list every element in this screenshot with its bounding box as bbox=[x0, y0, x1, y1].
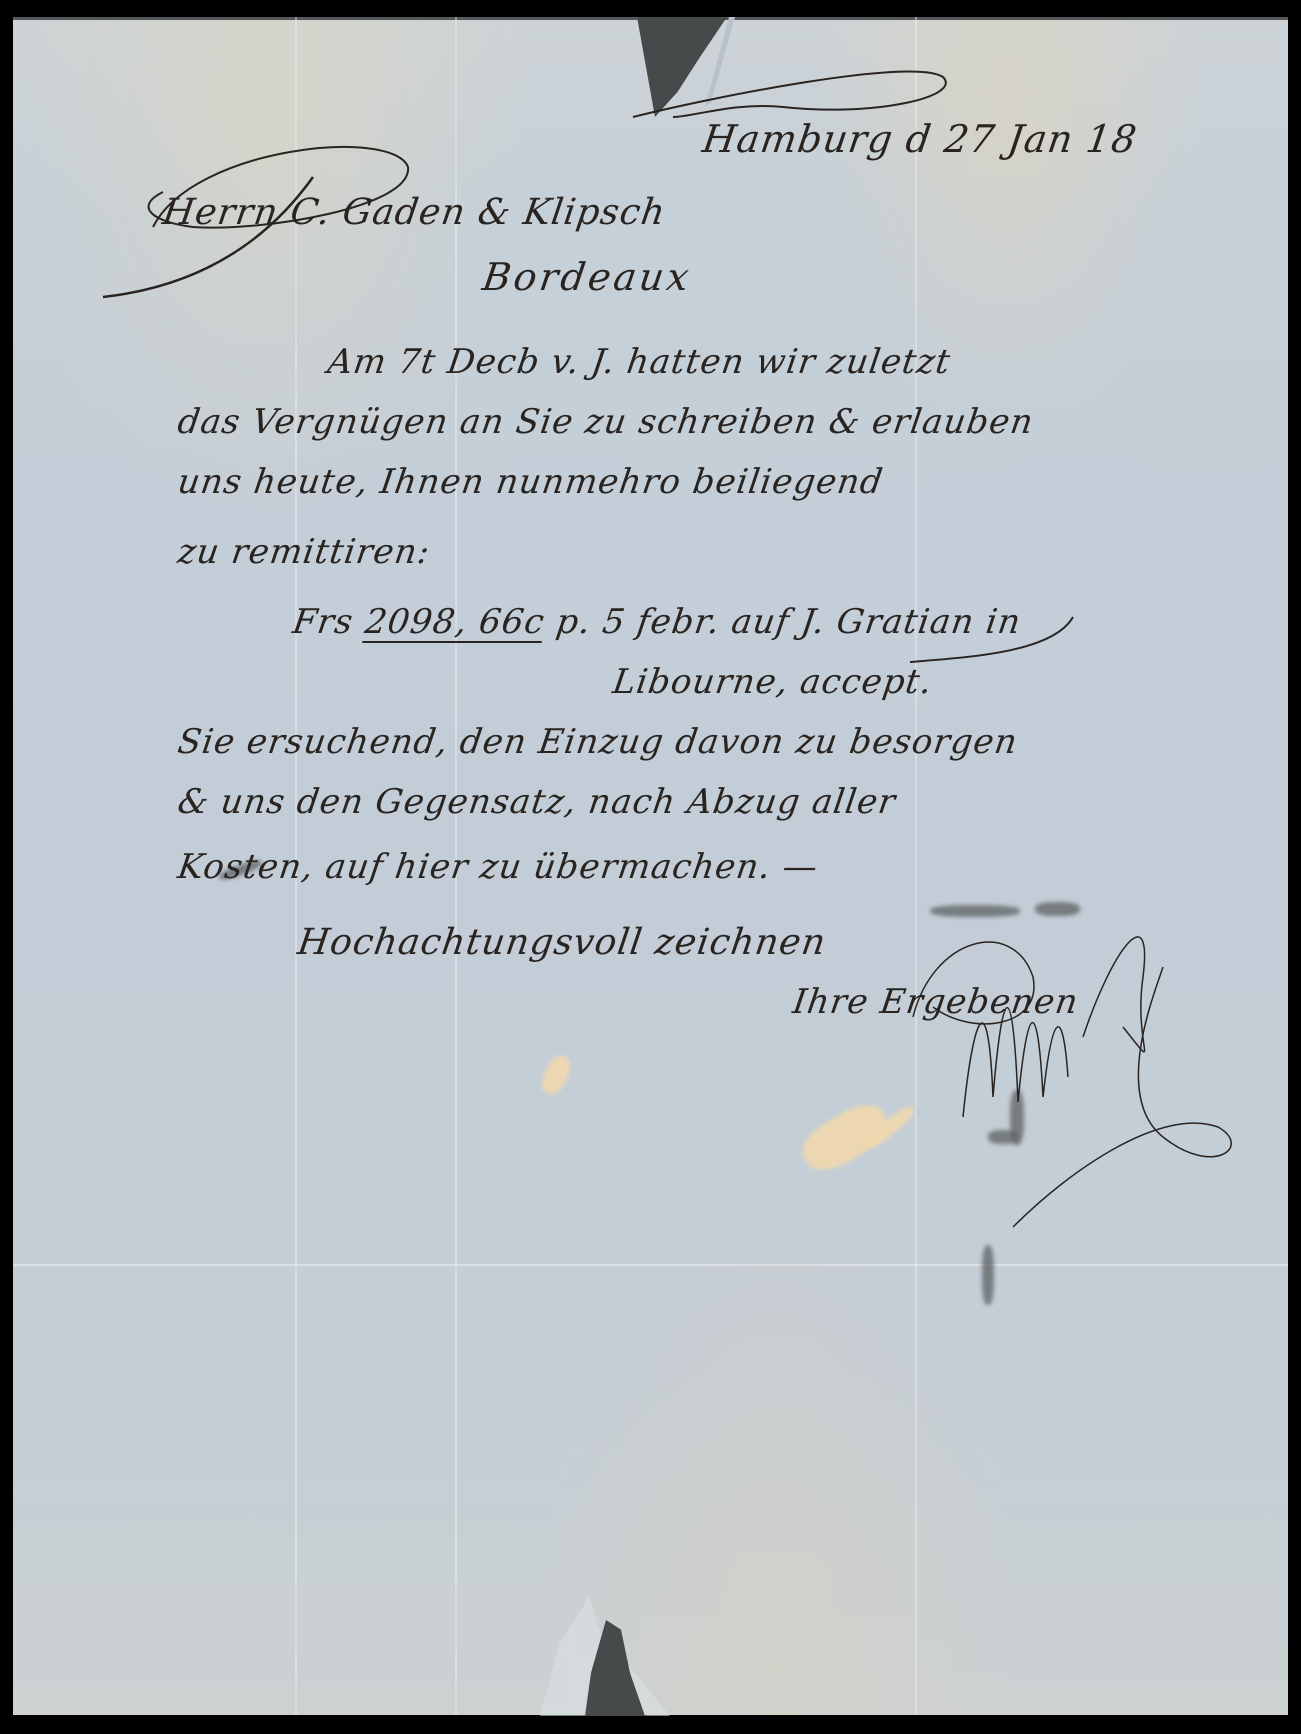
complimentary-close: Hochachtungsvoll zeichnen bbox=[295, 922, 829, 963]
body-line-4: zu remittiren: bbox=[175, 532, 433, 572]
dateline: Hamburg d 27 Jan 18 bbox=[700, 117, 1140, 161]
remittance-line-1: Frs 2098, 66c p. 5 febr. auf J. Gratian … bbox=[290, 602, 1024, 642]
remittance-details: p. 5 febr. auf J. Gratian in bbox=[554, 602, 1024, 642]
body-line-2: das Vergnügen an Sie zu schreiben & erla… bbox=[175, 402, 1036, 442]
salutation: Herrn C. Gaden & Klipsch bbox=[160, 192, 668, 233]
letter-text-area: Hamburg d 27 Jan 18 Herrn C. Gaden & Kli… bbox=[13, 17, 1288, 1715]
closing-line-1: Sie ersuchend, den Einzug davon zu besor… bbox=[175, 722, 1020, 762]
remittance-amount: 2098, 66c bbox=[362, 602, 547, 642]
body-line-1: Am 7t Decb v. J. hatten wir zuletzt bbox=[325, 342, 953, 382]
body-line-3: uns heute, Ihnen nunmehro beiliegend bbox=[175, 462, 886, 502]
closing-line-2: & uns den Gegensatz, nach Abzug aller bbox=[175, 782, 898, 822]
closing-line-3: Kosten, auf hier zu übermachen. — bbox=[175, 847, 821, 887]
currency-label: Frs bbox=[290, 602, 356, 642]
remittance-line-2: Libourne, accept. bbox=[610, 662, 935, 702]
signature-prefix: Ihre Ergebenen bbox=[790, 982, 1081, 1022]
recipient-city: Bordeaux bbox=[480, 255, 695, 299]
